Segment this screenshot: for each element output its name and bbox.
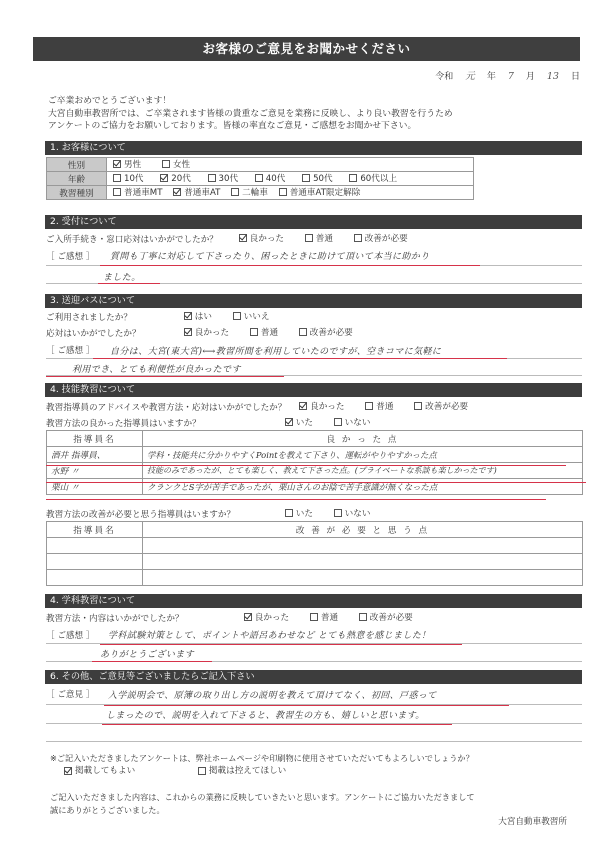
option-label: はい (195, 310, 212, 322)
section-1-header: 1. お客様について (45, 141, 582, 155)
option-label: いない (345, 416, 371, 428)
table-row (47, 554, 583, 570)
instructor-name[interactable]: 酒井 指導員、 (47, 447, 143, 463)
checkbox-icon[interactable] (299, 328, 307, 336)
course-type-row: 教習種別 普通車MT 普通車AT 二輪車 普通車AT限定解除 (47, 186, 474, 200)
option-needs-improvement[interactable]: 改善が必要 (299, 326, 353, 338)
option-mt[interactable]: 普通車MT (113, 186, 162, 198)
option-good[interactable]: 良かった (244, 611, 289, 623)
course-type-label: 教習種別 (47, 186, 107, 200)
red-underline (92, 661, 212, 662)
option-needs-improvement[interactable]: 改善が必要 (359, 611, 413, 623)
table-row: 栗山 〃 クランクとS字が苦手であったが、栗山さんのお陰で苦手意識が無くなった点 (47, 479, 583, 495)
instructor-name[interactable] (47, 570, 143, 586)
section-5-header: 4. 学科教習について (45, 594, 582, 608)
organization-name: 大宮自動車教習所 (498, 816, 567, 829)
good-point[interactable]: クランクとS字が苦手であったが、栗山さんのお陰で苦手意識が無くなった点 (143, 479, 583, 495)
option-no[interactable]: いない (334, 507, 371, 519)
option-at-limit-removal[interactable]: 普通車AT限定解除 (279, 186, 361, 198)
thanks-block: ご記入いただきました内容は、これからの業務に反映していきたいと思います。アンケー… (50, 791, 590, 816)
checkbox-checked-icon[interactable] (184, 328, 192, 336)
date-day[interactable]: 13 (541, 71, 565, 82)
checkbox-checked-icon[interactable] (160, 174, 168, 182)
table-row (47, 570, 583, 586)
page-title: お客様のご意見をお聞かせください (33, 37, 580, 61)
year-label: 年 (487, 69, 496, 82)
option-no[interactable]: いいえ (233, 310, 270, 322)
column-header-instructor: 指導員名 (47, 431, 143, 447)
red-underline (100, 644, 462, 645)
option-40s[interactable]: 40代 (255, 172, 286, 184)
option-label: 良かった (310, 400, 344, 412)
good-instructor-table: 指導員名 良 か っ た 点 酒井 指導員、 学科・技能共に分かりやすくPoin… (46, 430, 583, 495)
option-label: 男性 (124, 158, 141, 170)
option-60s-plus[interactable]: 60代以上 (349, 172, 397, 184)
option-label: 30代 (219, 172, 239, 184)
other-comment-line-2[interactable]: しまったので、説明を入れて下さると、教習生の方も、嬉しいと思います。 (106, 708, 425, 721)
option-motorcycle[interactable]: 二輪車 (231, 186, 268, 198)
option-label: 普通 (316, 232, 333, 244)
option-male[interactable]: 男性 (113, 158, 141, 170)
gender-row: 性別 男性 女性 (47, 158, 474, 172)
red-underline (46, 482, 586, 483)
checkbox-checked-icon[interactable] (239, 234, 247, 242)
option-allow-publish[interactable]: 掲載してもよい (64, 765, 135, 778)
question-text: ご入所手続き・窓口応対はいかがでしたか？ (46, 235, 218, 245)
section-3-header: 3. 送迎バスについて (45, 294, 582, 308)
instructor-name[interactable]: 栗山 〃 (47, 479, 143, 495)
consent-options: 掲載してもよい 掲載は控えてほしい (50, 765, 590, 780)
academic-comment-line-2[interactable]: ありがとうございます (100, 647, 194, 660)
option-30s[interactable]: 30代 (208, 172, 239, 184)
checkbox-icon[interactable] (359, 613, 367, 621)
thanks-line-2: 誠にありがとうございました。 (50, 804, 590, 817)
option-normal[interactable]: 普通 (365, 400, 393, 412)
customer-info-table: 性別 男性 女性 年齢 10代 20代 30代 40代 50代 60代以上 教習… (46, 157, 474, 200)
checkbox-checked-icon[interactable] (299, 402, 307, 410)
consent-question: ※ご記入いただきましたアンケートは、弊社ホームページや印刷物に使用させていただい… (50, 752, 590, 765)
improve-point[interactable] (143, 554, 583, 570)
option-decline-publish[interactable]: 掲載は控えてほしい (198, 765, 286, 778)
red-underline (98, 283, 160, 284)
option-label: 改善が必要 (370, 611, 413, 623)
option-label: 掲載は控えてほしい (209, 765, 286, 778)
month-label: 月 (526, 69, 535, 82)
checkbox-icon[interactable] (250, 328, 258, 336)
red-underline (46, 465, 566, 466)
option-yes[interactable]: はい (184, 310, 212, 322)
option-label: 普通 (261, 326, 278, 338)
comment-label: ［ ご感想 ］ (46, 344, 94, 356)
improve-point[interactable] (143, 538, 583, 554)
option-label: 二輪車 (242, 186, 268, 198)
red-underline (100, 265, 480, 266)
option-label: 改善が必要 (365, 232, 408, 244)
checkbox-icon[interactable] (305, 234, 313, 242)
option-label: 普通 (376, 400, 393, 412)
option-label: 良かった (195, 326, 229, 338)
checkbox-checked-icon[interactable] (113, 160, 121, 168)
improve-point[interactable] (143, 570, 583, 586)
age-label: 年齢 (47, 172, 107, 186)
checkbox-checked-icon[interactable] (285, 418, 293, 426)
option-needs-improvement[interactable]: 改善が必要 (414, 400, 468, 412)
gender-label: 性別 (47, 158, 107, 172)
option-label: いない (345, 507, 371, 519)
improve-instructor-question: 教習方法の改善が必要と思う指導員はいますか？ いた いない (46, 507, 388, 520)
column-header-instructor: 指導員名 (47, 522, 143, 538)
intro-text: ご卒業おめでとうございます！ 大宮自動車教習所では、ご卒業されます皆様の貴重なご… (48, 95, 583, 133)
checkbox-icon[interactable] (255, 174, 263, 182)
bus-comment-line-1[interactable]: 自分は、大宮(東大宮)⟷教習所間を利用していたのですが、空きコマに気軽に (110, 344, 441, 357)
question-text: 応対はいかがでしたか？ (46, 327, 181, 339)
other-comment-line-1[interactable]: 入学説明会で、原簿の取り出し方の説明を教えて頂けてなく、初回、戸惑って (108, 688, 437, 701)
academic-question: 教習方法・内容はいかがでしたか？ 良かった 普通 改善が必要 (46, 611, 431, 624)
checkbox-icon[interactable] (285, 509, 293, 517)
day-label: 日 (571, 69, 580, 82)
date-year[interactable]: 元 (459, 68, 481, 82)
instructor-name[interactable] (47, 538, 143, 554)
option-no[interactable]: いない (334, 416, 371, 428)
option-label: 改善が必要 (425, 400, 468, 412)
option-label: 良かった (250, 232, 284, 244)
option-female[interactable]: 女性 (162, 158, 190, 170)
bus-comment-line-2[interactable]: 利用でき、とても利便性が良かったです (72, 362, 241, 375)
option-needs-improvement[interactable]: 改善が必要 (354, 232, 408, 244)
comment-label: ［ ご意見 ］ (46, 688, 94, 700)
checkbox-checked-icon[interactable] (64, 767, 72, 775)
table-row (47, 538, 583, 554)
option-20s[interactable]: 20代 (160, 172, 191, 184)
option-good[interactable]: 良かった (239, 232, 284, 244)
red-underline (102, 724, 452, 725)
option-label: 普通 (321, 611, 338, 623)
red-underline (46, 376, 284, 377)
checkbox-icon[interactable] (302, 174, 310, 182)
option-10s[interactable]: 10代 (113, 172, 144, 184)
option-label: 普通車MT (124, 186, 162, 198)
red-underline (104, 705, 509, 706)
option-label: いた (296, 416, 313, 428)
option-label: いた (296, 507, 313, 519)
reception-comment-line-2[interactable]: ました。 (103, 270, 141, 283)
option-at[interactable]: 普通車AT (173, 186, 220, 198)
checkbox-icon[interactable] (233, 312, 241, 320)
checkbox-icon[interactable] (113, 174, 121, 182)
checkbox-checked-icon[interactable] (173, 188, 181, 196)
checkbox-icon[interactable] (208, 174, 216, 182)
option-normal[interactable]: 普通 (250, 326, 278, 338)
bus-service-question: 応対はいかがでしたか？ 良かった 普通 改善が必要 (46, 326, 371, 339)
checkbox-icon[interactable] (162, 160, 170, 168)
table-row: 酒井 指導員、 学科・技能共に分かりやすくPointを教えて下さり、運転がやりや… (47, 447, 583, 463)
checkbox-icon[interactable] (354, 234, 362, 242)
good-instructor-question: 教習方法の良かった指導員はいますか？ いた いない (46, 416, 388, 429)
question-text: 教習指導員のアドバイスや教習方法・応対はいかがでしたか？ (46, 403, 286, 413)
improve-instructor-table: 指導員名 改 善 が 必 要 と 思 う 点 (46, 521, 583, 586)
column-header-good-points: 良 か っ た 点 (143, 431, 583, 447)
option-label: 改善が必要 (310, 326, 353, 338)
checkbox-checked-icon[interactable] (184, 312, 192, 320)
option-50s[interactable]: 50代 (302, 172, 333, 184)
option-normal[interactable]: 普通 (310, 611, 338, 623)
date-era: 令和 (435, 69, 453, 82)
instructor-advice-question: 教習指導員のアドバイスや教習方法・応対はいかがでしたか？ 良かった 普通 改善が… (46, 400, 486, 413)
good-point[interactable]: 学科・技能共に分かりやすくPointを教えて下さり、運転がやりやすかった点 (143, 447, 583, 463)
option-label: 20代 (171, 172, 191, 184)
option-label: 普通車AT限定解除 (290, 186, 361, 198)
instructor-name[interactable] (47, 554, 143, 570)
checkbox-icon[interactable] (365, 402, 373, 410)
option-label: 良かった (255, 611, 289, 623)
checkbox-icon[interactable] (334, 418, 342, 426)
bus-used-question: ご利用されましたか？ はい いいえ (46, 310, 287, 323)
question-text: 教習方法の改善が必要と思う指導員はいますか？ (46, 508, 282, 520)
academic-comment-line-1[interactable]: 学科試験対策として、ポイントや語呂あわせなど とても熱意を感じました！ (108, 628, 431, 641)
checkbox-icon[interactable] (414, 402, 422, 410)
question-text: ご利用されましたか？ (46, 311, 181, 323)
option-label: 10代 (124, 172, 144, 184)
option-label: 掲載してもよい (75, 765, 135, 778)
section-2-header: 2. 受付について (45, 215, 582, 229)
checkbox-icon[interactable] (349, 174, 357, 182)
intro-line-3: アンケートのご協力をお願いしております。皆様の率直なご意見・ご感想をお聞かせ下さ… (48, 120, 583, 133)
option-yes[interactable]: いた (285, 507, 313, 519)
option-label: 女性 (173, 158, 190, 170)
option-label: 普通車AT (184, 186, 220, 198)
checkbox-icon[interactable] (310, 613, 318, 621)
checkbox-checked-icon[interactable] (244, 613, 252, 621)
comment-label: ［ ご感想 ］ (46, 250, 94, 262)
consent-block: ※ご記入いただきましたアンケートは、弊社ホームページや印刷物に使用させていただい… (50, 752, 590, 779)
intro-line-2: 大宮自動車教習所では、ご卒業されます皆様の貴重なご意見を業務に反映し、より良い教… (48, 108, 583, 121)
section-6-header: 6. その他、ご意見等ございましたらご記入下さい (45, 670, 582, 684)
question-text: 教習方法・内容はいかがでしたか？ (46, 612, 241, 624)
reception-comment-line-1[interactable]: 質問も丁寧に対応して下さったり、困ったときに助けて頂いて本当に助かり (110, 249, 430, 262)
option-good[interactable]: 良かった (299, 400, 344, 412)
table-header-row: 指導員名 良 か っ た 点 (47, 431, 583, 447)
option-good[interactable]: 良かった (184, 326, 229, 338)
table-header-row: 指導員名 改 善 が 必 要 と 思 う 点 (47, 522, 583, 538)
checkbox-icon[interactable] (279, 188, 287, 196)
option-label: いいえ (244, 310, 270, 322)
option-normal[interactable]: 普通 (305, 232, 333, 244)
date-month[interactable]: 7 (502, 71, 520, 82)
date-row: 令和 元 年 7 月 13 日 (400, 68, 580, 82)
option-label: 60代以上 (360, 172, 397, 184)
comment-label: ［ ご感想 ］ (46, 629, 94, 641)
red-underline (93, 358, 507, 359)
checkbox-icon[interactable] (198, 767, 206, 775)
checkbox-icon[interactable] (231, 188, 239, 196)
question-text: 教習方法の良かった指導員はいますか？ (46, 417, 282, 429)
comment-line (46, 741, 582, 742)
option-label: 50代 (313, 172, 333, 184)
option-label: 40代 (266, 172, 286, 184)
column-header-improve-points: 改 善 が 必 要 と 思 う 点 (143, 522, 583, 538)
thanks-line-1: ご記入いただきました内容は、これからの業務に反映していきたいと思います。アンケー… (50, 791, 590, 804)
red-underline (46, 499, 546, 500)
reception-question: ご入所手続き・窓口応対はいかがでしたか？ 良かった 普通 改善が必要 (46, 232, 426, 245)
age-row: 年齢 10代 20代 30代 40代 50代 60代以上 (47, 172, 474, 186)
checkbox-icon[interactable] (334, 509, 342, 517)
checkbox-icon[interactable] (113, 188, 121, 196)
section-4-header: 4. 技能教習について (45, 383, 582, 397)
intro-line-1: ご卒業おめでとうございます！ (48, 95, 583, 108)
option-yes[interactable]: いた (285, 416, 313, 428)
